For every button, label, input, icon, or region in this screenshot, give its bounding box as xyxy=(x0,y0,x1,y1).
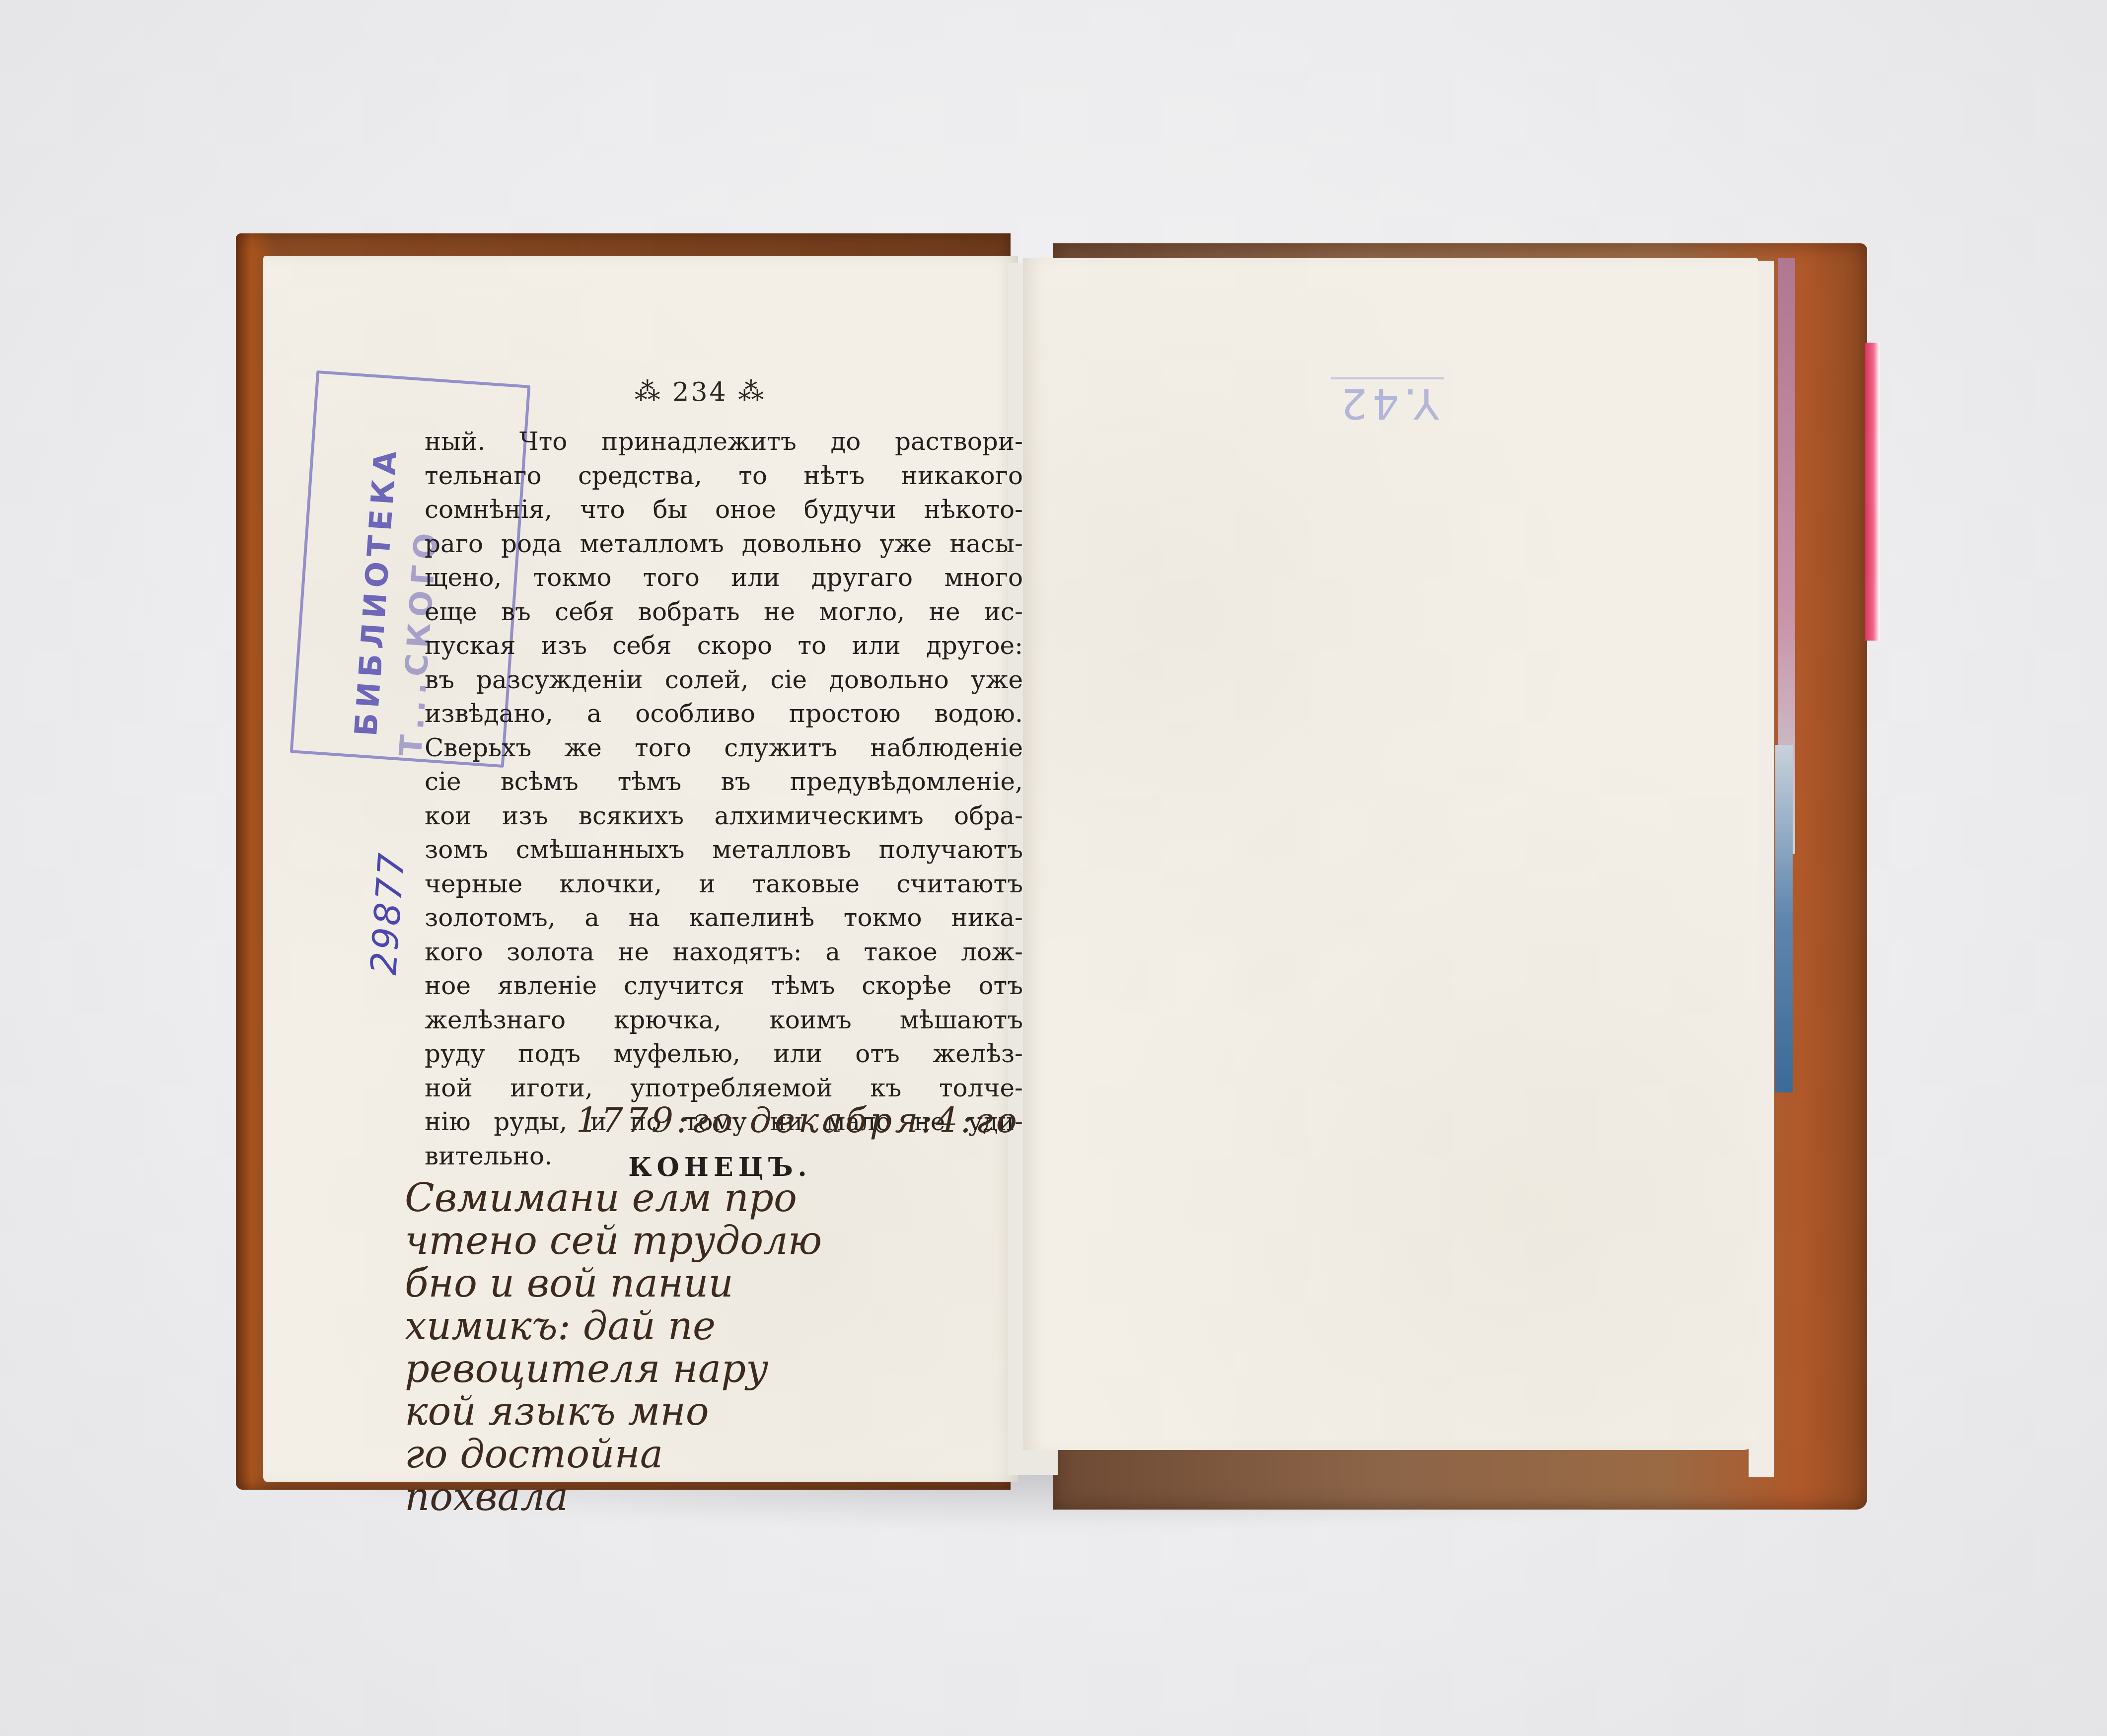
text-line: сомнѣнія, что бы оное будучи нѣкото- xyxy=(425,493,1023,527)
text-line: тельнаго средства, то нѣтъ никакого xyxy=(425,459,1023,493)
handwriting-line: похвала xyxy=(405,1476,1040,1519)
handwriting-line: химикъ: дай пе xyxy=(405,1305,1040,1348)
red-page-marker xyxy=(1865,343,1880,641)
text-line: золотомъ, а на капелинѣ токмо ника- xyxy=(425,901,1023,935)
text-line: желѣзнаго крючка, коимъ мѣшаютъ xyxy=(425,1003,1023,1037)
handwriting-line: кой языкъ мно xyxy=(405,1390,1040,1433)
endpaper-edge-blue xyxy=(1775,745,1793,1092)
text-line: зомъ смѣшанныхъ металловъ получаютъ xyxy=(425,833,1023,867)
text-line: ный. Что принадлежитъ до раствори- xyxy=(425,425,1023,459)
text-line: кои изъ всякихъ алхимическимъ обра- xyxy=(425,799,1023,833)
handwriting-line: го достойна xyxy=(405,1433,1040,1476)
text-line: пуская изъ себя скоро то или другое: xyxy=(425,629,1023,663)
right-page xyxy=(1023,258,1758,1450)
pencil-shelf-mark: Y.42 xyxy=(1331,377,1444,428)
handwriting-line: бно и вой пании xyxy=(405,1262,1040,1305)
text-line: еще въ себя вобрать не могло, не ис- xyxy=(425,595,1023,629)
text-line: черные клочки, и таковые считаютъ xyxy=(425,867,1023,901)
text-line: раго рода металломъ довольно уже насы- xyxy=(425,527,1023,561)
text-line: руду подъ муфелью, или отъ желѣз- xyxy=(425,1037,1023,1071)
text-line: щено, токмо того или другаго много xyxy=(425,561,1023,595)
text-line: кого золота не находятъ: а такое лож- xyxy=(425,935,1023,969)
text-line: ное явленіе случится тѣмъ скорѣе отъ xyxy=(425,969,1023,1003)
printed-text-block: ный. Что принадлежитъ до раствори- тельн… xyxy=(425,425,1023,1173)
running-head-page-number: ⁂ 234 ⁂ xyxy=(626,377,775,407)
handwriting-line: чтено сей трудолю xyxy=(405,1220,1040,1262)
inventory-number: 29877 xyxy=(363,850,413,976)
text-line: извѣдано, а особливо простою водою. xyxy=(425,697,1023,731)
text-line: сіе всѣмъ тѣмъ въ предувѣдомленіе, xyxy=(425,765,1023,799)
text-line: Сверьхъ же того служитъ наблюденіе xyxy=(425,731,1023,765)
handwriting-line: Свмимани елм про xyxy=(405,1177,1040,1220)
handwriting-line: ревоцителя нару xyxy=(405,1348,1040,1390)
text-line: въ разсужденіи солей, сіе довольно уже xyxy=(425,663,1023,697)
handwritten-inscription: Свмимани елм про чтено сей трудолю бно и… xyxy=(405,1177,1040,1519)
handwritten-date: 1779:го декабря:4:го xyxy=(576,1100,1020,1141)
